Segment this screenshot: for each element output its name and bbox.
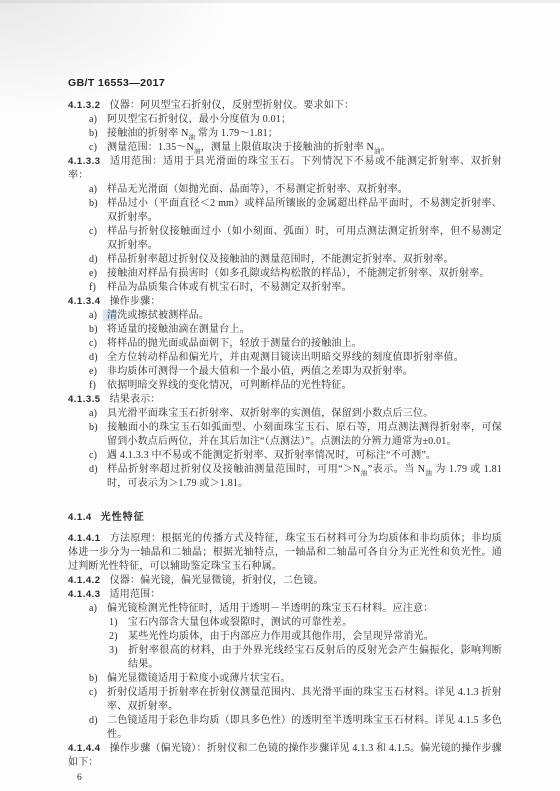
item-c: c)样品与折射仪接触面过小（如小刻面、弧面）时，可用点测法测定折射率，但不易测定… [68,225,502,253]
paragraph-text: 将适量的接触油滴在测量台上。 [107,324,250,335]
item-label: d) [89,714,107,728]
paragraph-text: 接触面小的珠宝玉石如弧面型、小刻面珠宝玉石、原石等，用点测法测得折射率，可保留到… [107,422,502,447]
paragraph-text: 阿贝型宝石折射仪，最小分度值为 0.01； [107,114,291,125]
item-label: b) [89,197,107,211]
item-label: c) [89,449,107,463]
item-label: 1) [109,616,128,630]
item-label: 2) [109,630,128,644]
item-label: c) [89,141,107,155]
item-c: c)遇 4.1.3.3 中不易或不能测定折射率、双折射率情况时，可标注“不可测”… [68,449,502,463]
clause-number: 4.1.3.2 [68,100,101,111]
paragraph-text: 适用范围：适用于具光滑面的珠宝玉石。下列情况下不易或不能测定折射率、双折射率： [68,156,502,181]
paragraph-text: 样品与折射仪接触面过小（如小刻面、弧面）时，可用点测法测定折射率，但不易测定双折… [107,226,502,251]
paragraph-text: 遇 4.1.3.3 中不易或不能测定折射率、双折射率情况时，可标注“不可测”。 [107,450,436,461]
clause-4.1.3.5: 4.1.3.5结果表示： [68,393,502,407]
clause-4.1.4.2: 4.1.4.2仪器：偏光镜，偏光显微镜，折射仪，二色镜。 [68,574,502,588]
item-label: b) [89,323,107,337]
item-b: b)将适量的接触油滴在测量台上。 [68,323,502,337]
item-f: f)样品为晶质集合体或有机宝石时，不易测定双折射率。 [68,281,502,295]
standard-code-header: GB/T 16553—2017 [68,76,502,90]
paragraph-text: 光性特征 [101,512,145,523]
paragraph-text: 样品折射率超过折射仪及接触油测量范围时，可用“＞N油”表示。当 N油 为 1.7… [107,464,502,489]
item-e: e)接触油对样品有损害时（如多孔隙或结构松散的样品），不能测定折射率、双折射率。 [68,267,502,281]
paragraph-text: 清洗或擦拭被测样品。 [107,310,209,321]
item-f: f)依据明暗交界线的变化情况，可判断样品的光性特征。 [68,379,502,393]
item-label: e) [89,267,107,281]
item-b: b)样品过小（平面直径＜2 mm）或样品所镶嵌的金属超出样品平面时，不易测定折射… [68,197,502,225]
clause-number: 4.1.4 [68,512,92,523]
item-label: b) [89,421,107,435]
item-label: c) [89,225,107,239]
page-number: 6 [68,771,502,785]
item-c: c)将样品的抛光面或晶面朝下，轻放于测量台的接触油上。 [68,337,502,351]
clause-number: 4.1.4.3 [68,589,101,600]
paragraph-text: 仪器：阿贝型宝石折射仪，反射型折射仪。要求如下： [110,100,355,111]
clause-4.1.3.4: 4.1.3.4操作步骤： [68,295,502,309]
item-label: c) [89,337,107,351]
item-label: a) [89,113,107,127]
item-label: d) [89,463,107,477]
item-a: a)样品无光滑面（如抛光面、晶面等），不易测定折射率、双折射率。 [68,183,502,197]
paragraph-text: 样品无光滑面（如抛光面、晶面等），不易测定折射率、双折射率。 [107,184,408,195]
item-c: c)折射仪适用于折射率在折射仪测量范围内、具光滑平面的珠宝玉石材料。详见 4.1… [68,686,502,714]
item-label: a) [89,183,107,197]
clause-number: 4.1.4.1 [68,533,101,544]
heading-4.1.4: 4.1.4光性特征 [68,511,502,525]
item-d: d)二色镜适用于彩色非均质（即具多色性）的透明至半透明珠宝玉石材料。详见 4.1… [68,714,502,742]
paragraph-text: 二色镜适用于彩色非均质（即具多色性）的透明至半透明珠宝玉石材料。详见 4.1.5… [107,715,502,740]
paragraph-text: 测量范围：1.35～N油，测量上限值取决于接触油的折射率 N油。 [107,142,391,153]
paragraph-text: 适用范围： [110,589,161,600]
paragraph-text: 偏光镜检测光性特征时，适用于透明－半透明的珠宝玉石材料。应注意： [107,603,433,614]
item-a: a)清洗或擦拭被测样品。 [68,309,502,323]
item-a: a)具光滑平面珠宝玉石折射率、双折射率的实测值，保留到小数点后三位。 [68,407,502,421]
item-label: d) [89,253,107,267]
paragraph-text: 操作步骤（偏光镜）：折射仪和二色镜的操作步骤详见 4.1.3 和 4.1.5。偏… [68,743,502,768]
clause-number: 4.1.3.4 [68,296,101,307]
item-label: b) [89,672,107,686]
item-b: b)接触面小的珠宝玉石如弧面型、小刻面珠宝玉石、原石等，用点测法测得折射率，可保… [68,421,502,449]
item-d: d)全方位转动样品和偏光片，并由观测目镜读出明暗交界线的刻度值即折射率值。 [68,351,502,365]
clause-4.1.3.3: 4.1.3.3适用范围：适用于具光滑面的珠宝玉石。下列情况下不易或不能测定折射率… [68,155,502,183]
clause-4.1.4.1: 4.1.4.1方法原理：根据光的传播方式及特征，珠宝玉石材料可分为均质体和非均质… [68,532,502,574]
paragraph-text: 偏光显微镜适用于粒度小或薄片状宝石。 [107,673,291,684]
item-d: d)样品折射率超过折射仪及接触油的测量范围时，不能测定折射率、双折射率。 [68,253,502,267]
paragraph-text: 非均质体可测得一个最大值和一个最小值，两值之差即为双折射率。 [107,366,413,377]
item-label: a) [89,407,107,421]
item-label: a) [89,602,107,616]
paragraph-text: 结果表示： [110,394,161,405]
item-label: e) [89,365,107,379]
paragraph-text: 全方位转动样品和偏光片，并由观测目镜读出明暗交界线的刻度值即折射率值。 [107,352,464,363]
clause-number: 4.1.4.4 [68,743,101,754]
paragraph-text: 操作步骤： [110,296,161,307]
item-b: b)接触油的折射率 N油 常为 1.79～1.81； [68,127,502,141]
item-label: a) [89,309,107,323]
paragraph-text: 宝石内部含大量包体或裂隙时，测试的可靠性差。 [128,617,352,628]
item-2: 2)某些光性均质体，由于内部应力作用或其他作用，会呈现异常消光。 [68,630,502,644]
item-3: 3)折射率很高的材料，由于外界光线经宝石反射后的反射光会产生偏振化，影响判断结果… [68,644,502,672]
paragraph-text: 样品为晶质集合体或有机宝石时，不易测定双折射率。 [107,282,352,293]
paragraph-text: 折射率很高的材料，由于外界光线经宝石反射后的反射光会产生偏振化，影响判断结果。 [128,645,502,670]
paragraph-text: 具光滑平面珠宝玉石折射率、双折射率的实测值，保留到小数点后三位。 [107,408,433,419]
clause-4.1.4.4: 4.1.4.4操作步骤（偏光镜）：折射仪和二色镜的操作步骤详见 4.1.3 和 … [68,742,502,770]
item-label: f) [89,281,107,295]
paragraph-text: 接触油对样品有损害时（如多孔隙或结构松散的样品），不能测定折射率、双折射率。 [107,268,490,279]
item-label: 3) [109,644,128,658]
item-label: f) [89,379,107,393]
item-e: e)非均质体可测得一个最大值和一个最小值，两值之差即为双折射率。 [68,365,502,379]
item-c: c)测量范围：1.35～N油，测量上限值取决于接触油的折射率 N油。 [68,141,502,155]
document-page: GB/T 16553—2017 4.1.3.2仪器：阿贝型宝石折射仪，反射型折射… [0,0,560,791]
paragraph-text: 某些光性均质体，由于内部应力作用或其他作用，会呈现异常消光。 [128,631,434,642]
document-body: 4.1.3.2仪器：阿贝型宝石折射仪，反射型折射仪。要求如下：a)阿贝型宝石折射… [68,99,502,770]
clause-number: 4.1.3.5 [68,394,101,405]
clause-4.1.3.2: 4.1.3.2仪器：阿贝型宝石折射仪，反射型折射仪。要求如下： [68,99,502,113]
item-label: c) [89,686,107,700]
clause-number: 4.1.4.2 [68,575,101,586]
paragraph-text: 将样品的抛光面或晶面朝下，轻放于测量台的接触油上。 [107,338,362,349]
clause-number: 4.1.3.3 [68,156,101,167]
item-label: d) [89,351,107,365]
paragraph-text: 接触油的折射率 N油 常为 1.79～1.81； [107,128,278,139]
paragraph-text: 样品过小（平面直径＜2 mm）或样品所镶嵌的金属超出样品平面时，不易测定折射率、… [107,198,502,223]
item-d: d)样品折射率超过折射仪及接触油测量范围时，可用“＞N油”表示。当 N油 为 1… [68,463,502,491]
paragraph-text: 方法原理：根据光的传播方式及特征，珠宝玉石材料可分为均质体和非均质体；非均质体进… [68,533,502,572]
item-a: a)阿贝型宝石折射仪，最小分度值为 0.01； [68,113,502,127]
item-a: a)偏光镜检测光性特征时，适用于透明－半透明的珠宝玉石材料。应注意： [68,602,502,616]
paragraph-text: 折射仪适用于折射率在折射仪测量范围内、具光滑平面的珠宝玉石材料。详见 4.1.3… [107,687,502,712]
paragraph-text: 仪器：偏光镜，偏光显微镜，折射仪，二色镜。 [110,575,324,586]
clause-4.1.4.3: 4.1.4.3适用范围： [68,588,502,602]
paragraph-text: 样品折射率超过折射仪及接触油的测量范围时，不能测定折射率、双折射率。 [107,254,454,265]
item-1: 1)宝石内部含大量包体或裂隙时，测试的可靠性差。 [68,616,502,630]
item-label: b) [89,127,107,141]
paragraph-text: 依据明暗交界线的变化情况，可判断样品的光性特征。 [107,380,352,391]
item-b: b)偏光显微镜适用于粒度小或薄片状宝石。 [68,672,502,686]
